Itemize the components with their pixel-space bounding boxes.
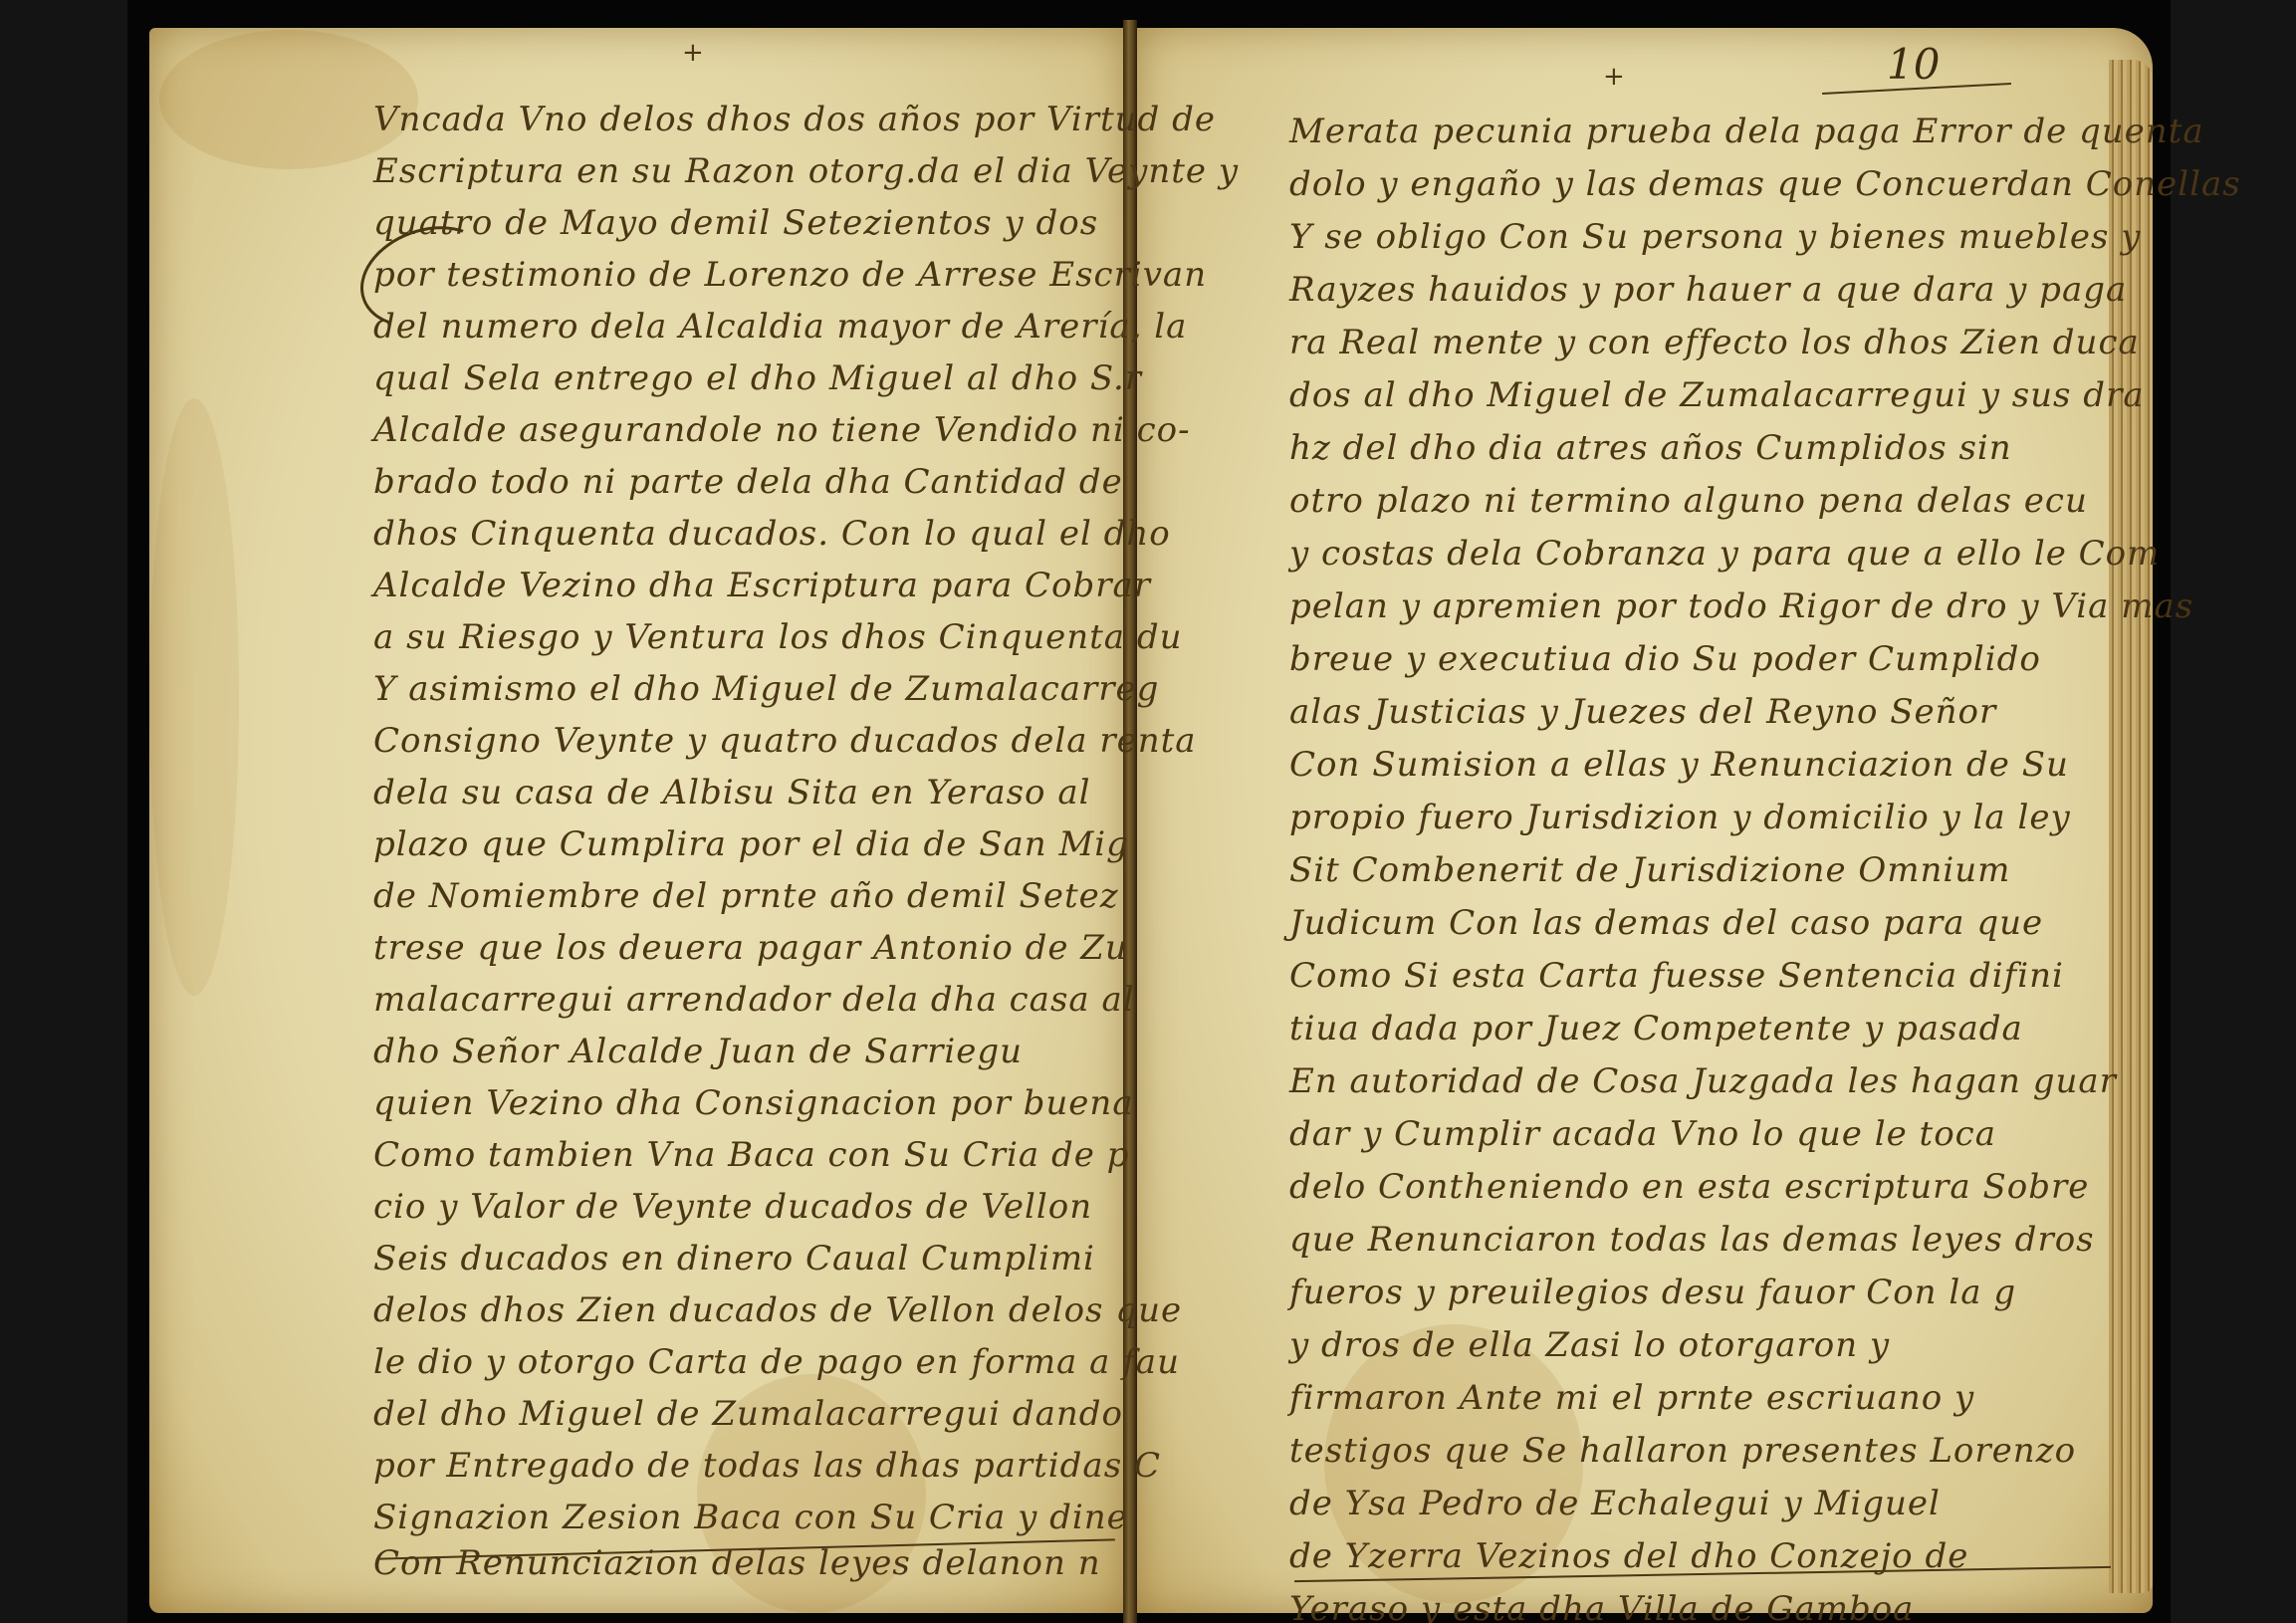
text-line: y costas dela Cobranza y para que a ello… <box>1289 534 2160 574</box>
text-line: dhos Cinquenta ducados. Con lo qual el d… <box>373 514 1171 554</box>
cross-mark: + <box>682 38 704 68</box>
text-line: En autoridad de Cosa Juzgada les hagan g… <box>1289 1061 2117 1101</box>
text-line: Seis ducados en dinero Caual Cumplimi <box>373 1239 1095 1278</box>
text-line: pelan y apremien por todo Rigor de dro y… <box>1289 586 2193 626</box>
text-line: tiua dada por Juez Competente y pasada <box>1289 1009 2023 1048</box>
text-line: otro plazo ni termino alguno pena delas … <box>1289 481 2088 521</box>
text-line: testigos que Se hallaron presentes Loren… <box>1289 1431 2076 1471</box>
text-line: Alcalde Vezino dha Escriptura para Cobra… <box>373 566 1151 605</box>
text-line: ra Real mente y con effecto los dhos Zie… <box>1289 323 2140 362</box>
text-line: quien Vezino dha Consignacion por buena <box>373 1083 1134 1123</box>
text-line: de Nomiembre del prnte año demil Setez <box>373 876 1119 916</box>
text-line: hz del dho dia atres años Cumplidos sin <box>1289 428 2012 468</box>
text-line: a su Riesgo y Ventura los dhos Cinquenta… <box>373 617 1183 657</box>
text-line: alas Justicias y Juezes del Reyno Señor <box>1289 692 1996 732</box>
text-line: Consigno Veynte y quatro ducados dela re… <box>373 721 1197 761</box>
text-line: propio fuero Jurisdizion y domicilio y l… <box>1289 798 2071 837</box>
text-line: del dho Miguel de Zumalacarregui dando <box>373 1394 1123 1434</box>
text-line: firmaron Ante mi el prnte escriuano y <box>1289 1378 1974 1418</box>
cross-mark: + <box>1603 62 1625 92</box>
text-line: Escriptura en su Razon otorg.da el dia V… <box>373 151 1239 191</box>
text-line: dho Señor Alcalde Juan de Sarriegu <box>373 1032 1023 1071</box>
text-line: por testimonio de Lorenzo de Arrese Escr… <box>373 255 1207 295</box>
text-line: dela su casa de Albisu Sita en Yeraso al <box>373 773 1090 812</box>
edge-stain <box>149 398 239 996</box>
folio-number: 10 <box>1887 40 1940 89</box>
text-line: malacarregui arrendador dela dha casa al <box>373 980 1135 1020</box>
text-line: delo Contheniendo en esta escriptura Sob… <box>1289 1167 2089 1207</box>
text-line: dos al dho Miguel de Zumalacarregui y su… <box>1289 375 2145 415</box>
text-line: trese que los deuera pagar Antonio de Zu <box>373 928 1128 968</box>
text-line: fueros y preuilegios desu fauor Con la g <box>1289 1273 2016 1312</box>
text-line: Vncada Vno delos dhos dos años por Virtu… <box>373 100 1216 139</box>
text-line: qual Sela entrego el dho Miguel al dho S… <box>373 358 1142 398</box>
text-line: del numero dela Alcaldia mayor de Arería… <box>373 307 1187 347</box>
text-line: de Yzerra Vezinos del dho Conzejo de <box>1289 1536 1968 1576</box>
text-line: Sit Combenerit de Jurisdizione Omnium <box>1289 850 2010 890</box>
text-line: Como Si esta Carta fuesse Sentencia difi… <box>1289 956 2064 996</box>
text-line: que Renunciaron todas las demas leyes dr… <box>1289 1220 2095 1260</box>
text-line: Rayzes hauidos y por hauer a que dara y … <box>1289 270 2127 310</box>
text-line: Merata pecunia prueba dela paga Error de… <box>1289 112 2204 151</box>
text-line: Con Renunciazion delas leyes delanon n <box>373 1543 1101 1583</box>
text-line: Signazion Zesion Baca con Su Cria y dine <box>373 1498 1128 1537</box>
text-line: Yeraso y esta dha Villa de Gamboa <box>1289 1589 1914 1623</box>
text-line: Alcalde asegurandole no tiene Vendido ni… <box>373 410 1191 450</box>
text-line: brado todo ni parte dela dha Cantidad de <box>373 462 1123 502</box>
text-line: le dio y otorgo Carta de pago en forma a… <box>373 1342 1180 1382</box>
text-line: cio y Valor de Veynte ducados de Vellon <box>373 1187 1092 1227</box>
text-line: dolo y engaño y las demas que Concuerdan… <box>1289 164 2241 204</box>
text-line: de Ysa Pedro de Echalegui y Miguel <box>1289 1484 1941 1523</box>
text-line: Y se obligo Con Su persona y bienes mueb… <box>1289 217 2141 257</box>
text-line: Con Sumision a ellas y Renunciazion de S… <box>1289 745 2069 785</box>
text-line: dar y Cumplir acada Vno lo que le toca <box>1289 1114 1996 1154</box>
text-line: Y asimismo el dho Miguel de Zumalacarreg <box>373 669 1159 709</box>
text-line: Judicum Con las demas del caso para que <box>1289 903 2043 943</box>
text-line: breue y executiua dio Su poder Cumplido <box>1289 639 2041 679</box>
text-line: y dros de ella Zasi lo otorgaron y <box>1289 1325 1890 1365</box>
text-line: por Entregado de todas las dhas partidas… <box>373 1446 1161 1486</box>
text-line: quatro de Mayo demil Setezientos y dos <box>373 203 1098 243</box>
text-line: Como tambien Vna Baca con Su Cria de p <box>373 1135 1129 1175</box>
text-line: delos dhos Zien ducados de Vellon delos … <box>373 1290 1182 1330</box>
text-line: plazo que Cumplira por el dia de San Mig <box>373 824 1129 864</box>
